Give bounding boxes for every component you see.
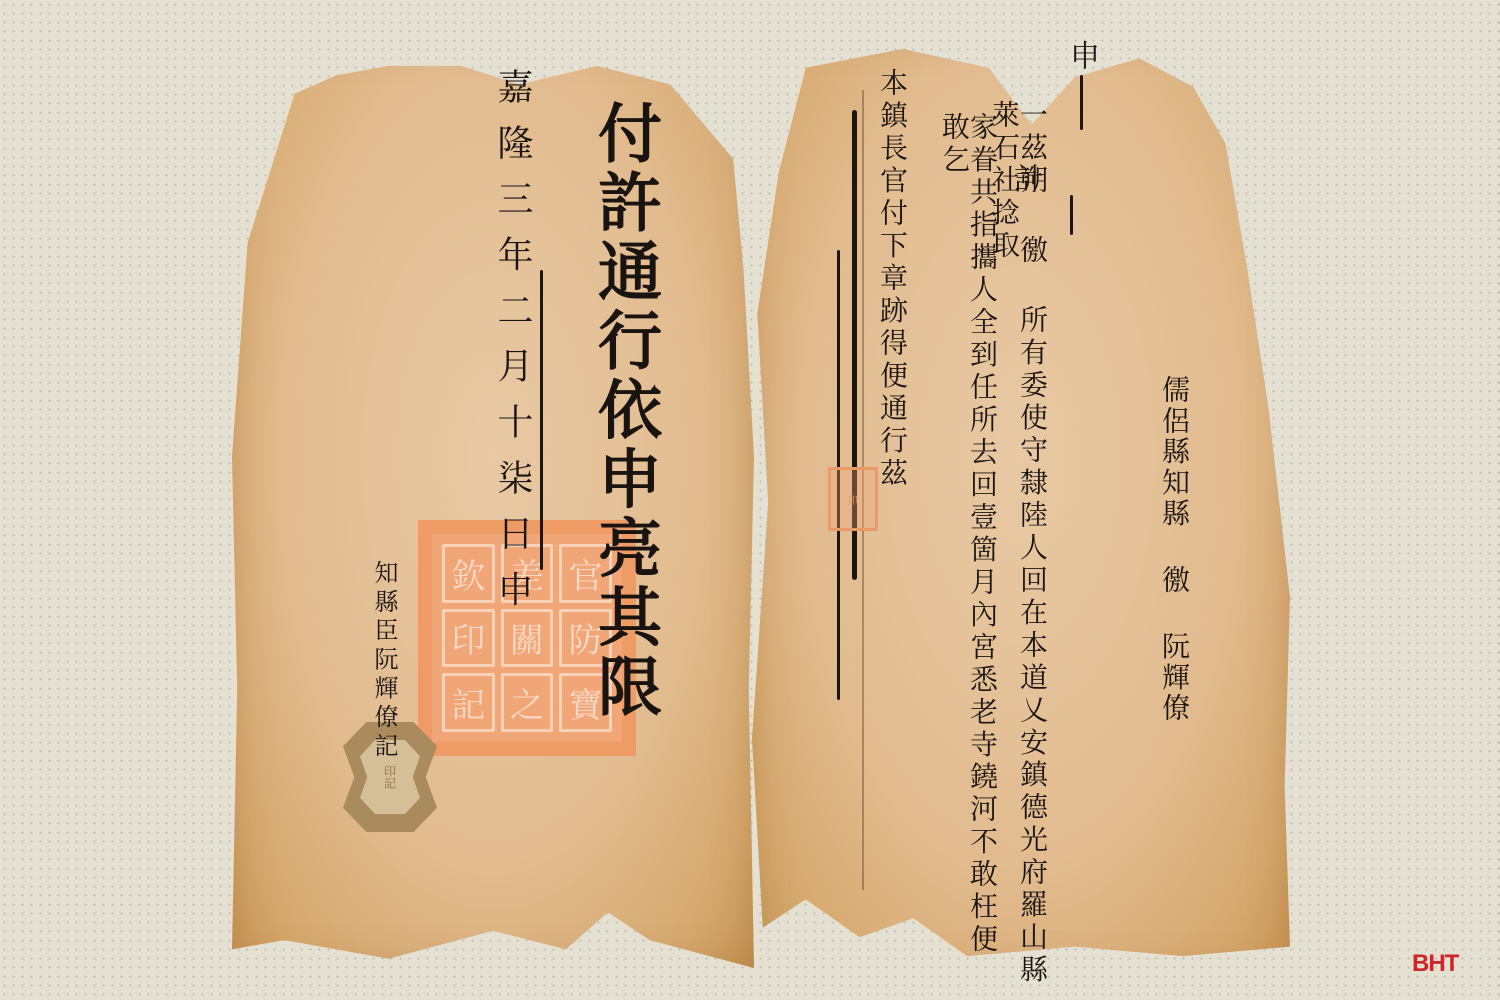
- brush-stroke: [1080, 75, 1083, 130]
- seal-glyph: 印: [442, 609, 495, 668]
- body-column-3: 本鎮長官付下章跡得便通行茲: [878, 68, 906, 490]
- body-column-2: 家眷共指攜人全到任所去回壹箇月內宮悉老寺鐃河不敢枉便 敢乞: [940, 112, 996, 1000]
- signature-note: 知縣臣阮輝僚記: [372, 560, 396, 762]
- seal-glyph: 之: [501, 673, 554, 732]
- header-char-shen: 申: [1066, 40, 1096, 78]
- bht-logo: BHT: [1412, 950, 1458, 978]
- permit-main-column: 付許通行依申亮其限: [592, 100, 656, 722]
- seal-glyph: 欽: [442, 544, 495, 603]
- brush-stroke: [1070, 195, 1073, 235]
- brush-stroke: [540, 270, 543, 570]
- small-red-seal: 印: [828, 467, 878, 531]
- official-column: 儒侶縣知縣 徼 阮輝僚: [1160, 375, 1188, 724]
- date-column: 嘉隆三年二月十柒日申: [494, 68, 530, 626]
- seal-glyph: 記: [442, 673, 495, 732]
